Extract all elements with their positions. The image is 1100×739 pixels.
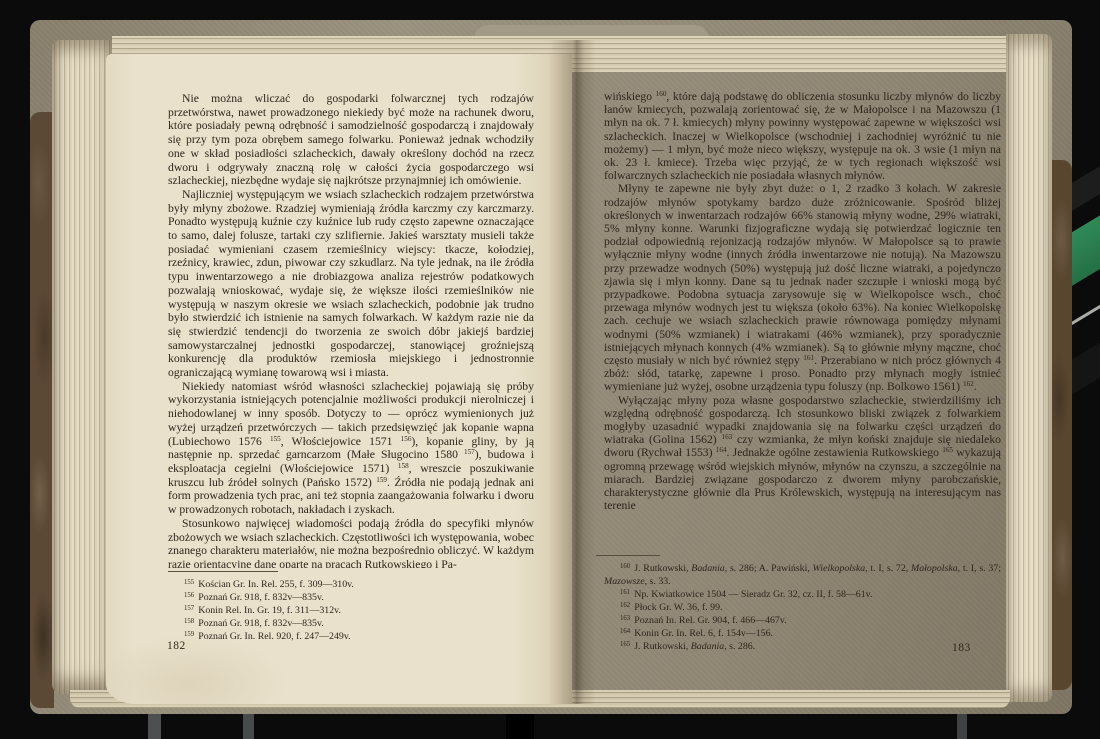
- footnote-ref: 158: [398, 462, 409, 470]
- footnote-ref: 156: [401, 435, 412, 443]
- footnote-ref: 161: [803, 354, 814, 362]
- footnote: 161Np. Kwiatkowice 1504 — Sieradz Gr. 32…: [604, 588, 1001, 601]
- paragraph: Nie można wliczać do gospodarki folwarcz…: [168, 92, 534, 188]
- left-page-text: Nie można wliczać do gospodarki folwarcz…: [168, 92, 534, 568]
- page-edges-left: [52, 40, 112, 694]
- footnote-number: 161: [620, 589, 630, 596]
- footnote-ref: 165: [942, 446, 953, 454]
- footnote-number: 164: [620, 628, 630, 635]
- footnote: 160J. Rutkowski, Badania, s. 286; A. Paw…: [604, 562, 1001, 588]
- footnote-ref: 162: [963, 380, 974, 388]
- cover-fore-edge-left: [30, 112, 54, 708]
- footnote-number: 157: [184, 605, 194, 612]
- right-page-footnotes: 160J. Rutkowski, Badania, s. 286; A. Paw…: [604, 562, 1001, 653]
- paragraph: Najliczniej występującym we wsiach szlac…: [168, 188, 534, 380]
- footnote: 157Konin Rel. In. Gr. 19, f. 311—312v.: [168, 604, 534, 617]
- footnote: 156Poznań Gr. 918, f. 832v—835v.: [168, 591, 534, 604]
- photo-stage: Nie można wliczać do gospodarki folwarcz…: [0, 0, 1100, 739]
- footnote-ref: 155: [270, 435, 281, 443]
- footnote: 164Konin Gr. In. Rel. 6, f. 154v—156.: [604, 627, 1001, 640]
- footnote-number: 162: [620, 602, 630, 609]
- footnote-ref: 160: [656, 90, 667, 98]
- footnote-rule-left: [168, 571, 278, 572]
- left-page-footnotes: 155Kościan Gr. In. Rel. 255, f. 309—310v…: [168, 578, 534, 643]
- page-number-right: 183: [952, 642, 971, 654]
- footnote: 155Kościan Gr. In. Rel. 255, f. 309—310v…: [168, 578, 534, 591]
- footnote-number: 155: [184, 579, 194, 586]
- stand-support: [243, 712, 254, 739]
- paragraph: Wyłączając młyny poza własne gospodarstw…: [604, 394, 1001, 513]
- footnote-ref: 159: [376, 476, 387, 484]
- footnote: 159Poznań Gr. In. Rel. 920, f. 247—249v.: [168, 630, 534, 643]
- footnote-rule-right: [596, 555, 660, 556]
- footnote: 165J. Rutkowski, Badania, s. 286.: [604, 640, 1001, 653]
- paragraph: wińskiego 160, które dają podstawę do ob…: [604, 90, 1001, 182]
- paragraph: Niekiedy natomiast wśród własności szlac…: [168, 380, 534, 517]
- footnote: 158Poznań Gr. 918, f. 832v—835v.: [168, 617, 534, 630]
- paragraph: Stosunkowo najwięcej wiadomości podają ź…: [168, 517, 534, 568]
- right-page-text: wińskiego 160, które dają podstawę do ob…: [604, 90, 1001, 552]
- page-edges-right: [1006, 34, 1052, 702]
- footnote: 162Płock Gr. W. 36, f. 99.: [604, 601, 1001, 614]
- footnote: 163Poznań In. Rel. Gr. 904, f. 466—467v.: [604, 614, 1001, 627]
- footnote-number: 165: [620, 641, 630, 648]
- footnote-number: 156: [184, 592, 194, 599]
- footnote-number: 159: [184, 631, 194, 638]
- footnote-ref: 163: [721, 433, 732, 441]
- footnote-ref: 164: [716, 446, 727, 454]
- footnote-number: 158: [184, 618, 194, 625]
- footnote-ref: 157: [464, 448, 475, 456]
- page-gutter-shadow: [548, 40, 596, 704]
- footnote-number: 163: [620, 615, 630, 622]
- footnote-number: 160: [620, 563, 630, 570]
- page-number-left: 182: [167, 640, 186, 652]
- paragraph: Młyny te zapewne nie były zbyt duże: o 1…: [604, 182, 1001, 393]
